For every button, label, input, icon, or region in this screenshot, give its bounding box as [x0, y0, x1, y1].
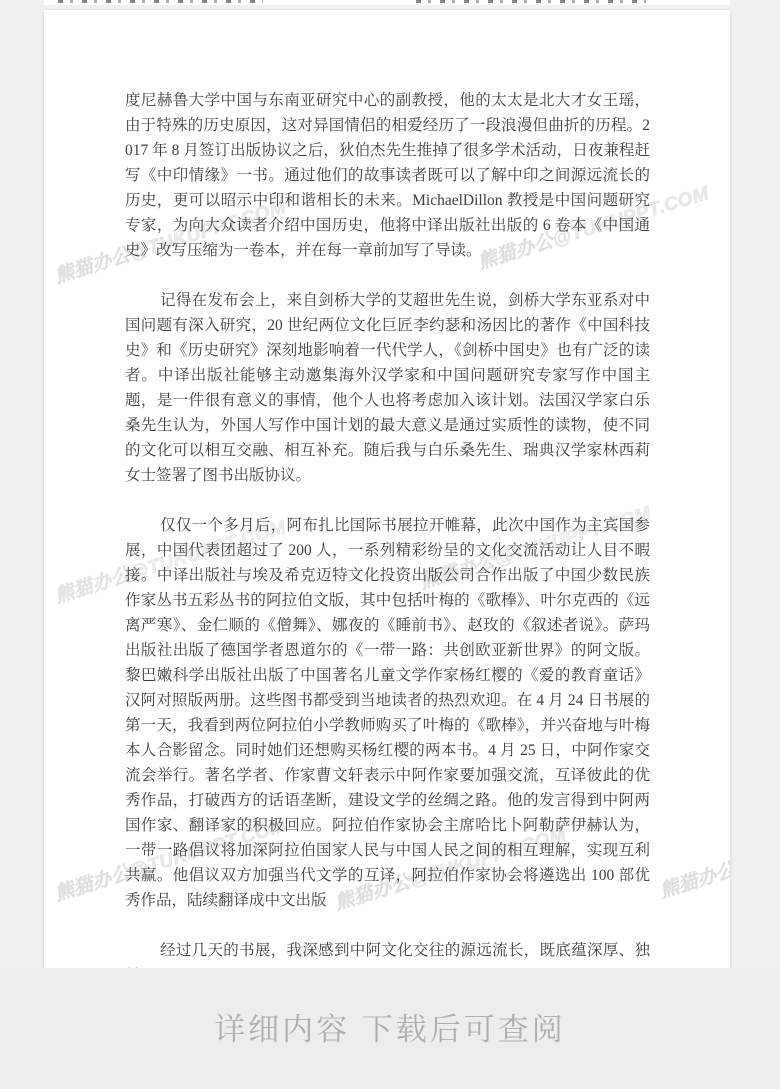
document-content: 度尼赫鲁大学中国与东南亚研究中心的副教授，他的太太是北大才女王瑶，由于特殊的历史… — [125, 88, 650, 968]
previous-page-edge — [44, 0, 730, 5]
download-notice: 详细内容 下载后可查阅 — [214, 1004, 566, 1049]
download-notice-bar: 详细内容 下载后可查阅 — [0, 968, 780, 1089]
clipped-text-fragment — [58, 0, 263, 3]
clipped-text-fragment — [416, 0, 646, 3]
document-preview-screen: 熊猫办公@TUKUPPT.COM 熊猫办公@TUKUPPT.COM 熊猫办公@T… — [0, 0, 780, 1089]
paragraph: 经过几天的书展，我深感到中阿文化交往的源远流长，既底蕴深厚、独具 — [125, 938, 650, 968]
paragraph: 记得在发布会上，来自剑桥大学的艾超世先生说，剑桥大学东亚系对中国问题有深入研究，… — [125, 288, 650, 488]
watermark-text: 熊猫办公@TUKUPPT.COM — [656, 807, 730, 903]
document-page: 熊猫办公@TUKUPPT.COM 熊猫办公@TUKUPPT.COM 熊猫办公@T… — [44, 10, 730, 968]
paragraph: 仅仅一个多月后，阿布扎比国际书展拉开帷幕，此次中国作为主宾国参展，中国代表团超过… — [125, 513, 650, 913]
paragraph: 度尼赫鲁大学中国与东南亚研究中心的副教授，他的太太是北大才女王瑶，由于特殊的历史… — [125, 88, 650, 263]
